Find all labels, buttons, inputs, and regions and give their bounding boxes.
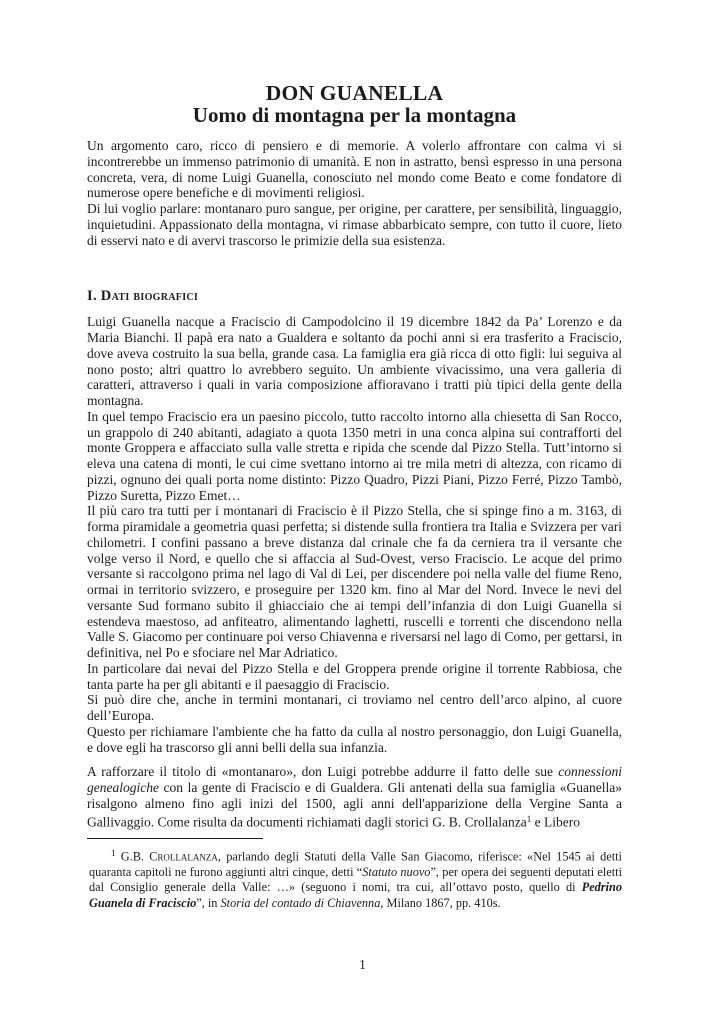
section-paragraph-6: Questo per richiamare l'ambiente che ha …: [87, 724, 622, 756]
section-paragraph-5: Si può dire che, anche in termini montan…: [87, 692, 622, 724]
closing-paragraph: A rafforzare il titolo di «montanaro», d…: [87, 764, 622, 830]
section-paragraph-2: In quel tempo Fraciscio era un paesino p…: [87, 409, 622, 504]
section-paragraph-1: Luigi Guanella nacque a Fraciscio di Cam…: [87, 314, 622, 409]
document-subtitle: Uomo di montagna per la montagna: [87, 104, 622, 126]
document-page: DON GUANELLA Uomo di montagna per la mon…: [0, 0, 725, 1024]
section-heading-dati-biografici: I. Dati biografici: [87, 288, 622, 305]
page-content: DON GUANELLA Uomo di montagna per la mon…: [87, 0, 622, 830]
footnote-separator: [87, 838, 263, 839]
footnote-area: 1 G.B. Crollalanza, parlando degli Statu…: [87, 838, 622, 911]
footnote-1: 1 G.B. Crollalanza, parlando degli Statu…: [87, 846, 622, 911]
section-paragraph-4: In particolare dai nevai del Pizzo Stell…: [87, 661, 622, 693]
document-title: DON GUANELLA: [87, 82, 622, 104]
intro-paragraph-1: Un argomento caro, ricco di pensiero e d…: [87, 138, 622, 201]
section-paragraph-3: Il più caro tra tutti per i montanari di…: [87, 503, 622, 661]
intro-paragraph-2: Di lui voglio parlare: montanaro puro sa…: [87, 201, 622, 248]
page-number: 1: [0, 957, 725, 973]
